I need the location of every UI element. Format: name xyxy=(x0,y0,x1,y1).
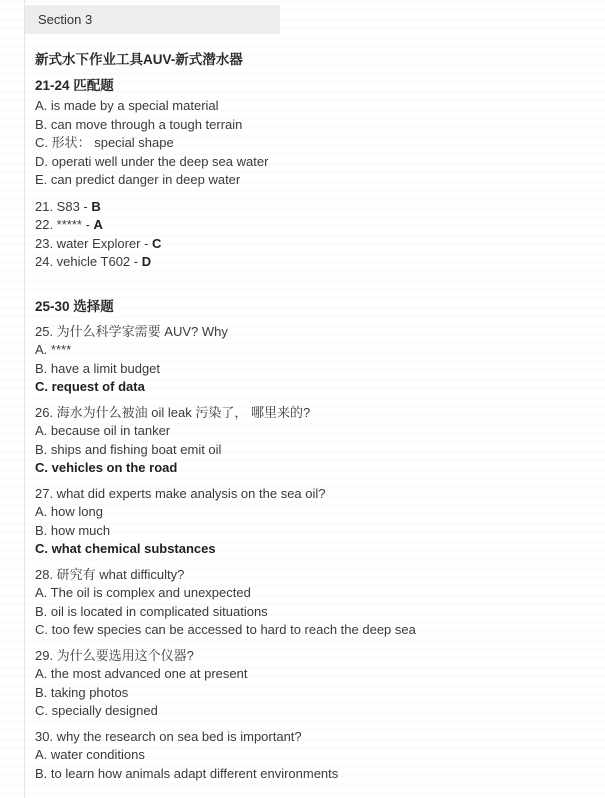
matching-heading: 21-24 匹配题 xyxy=(35,77,595,95)
matching-option: C. 形状： special shape xyxy=(35,134,595,153)
question-option: A. The oil is complex and unexpected xyxy=(35,584,595,603)
question-option: B. taking photos xyxy=(35,684,595,703)
answer-item: 22. ***** - xyxy=(35,217,94,232)
question-stem: 28. 研究有 what difficulty? xyxy=(35,566,595,585)
matching-option: D. operati well under the deep sea water xyxy=(35,153,595,172)
document-content: Section 3 新式水下作业工具AUV-新式潜水器 21-24 匹配题 A.… xyxy=(35,0,595,783)
question-block-29: 29. 为什么要选用这个仪器? A. the most advanced one… xyxy=(35,647,595,721)
matching-option: B. can move through a tough terrain xyxy=(35,116,595,135)
question-stem: 30. why the research on sea bed is impor… xyxy=(35,728,595,747)
answer-row: 22. ***** - A xyxy=(35,216,595,235)
question-option: B. how much xyxy=(35,522,595,541)
answer-letter: D xyxy=(142,254,151,269)
matching-answers-list: 21. S83 - B 22. ***** - A 23. water Expl… xyxy=(35,198,595,272)
question-option: B. to learn how animals adapt different … xyxy=(35,765,595,784)
question-block-26: 26. 海水为什么被油 oil leak 污染了， 哪里来的? A. becau… xyxy=(35,404,595,478)
answer-letter: B xyxy=(91,199,100,214)
question-stem: 25. 为什么科学家需要 AUV? Why xyxy=(35,323,595,342)
answer-row: 21. S83 - B xyxy=(35,198,595,217)
answer-item: 21. S83 - xyxy=(35,199,91,214)
question-stem: 26. 海水为什么被油 oil leak 污染了， 哪里来的? xyxy=(35,404,595,423)
document-title: 新式水下作业工具AUV-新式潜水器 xyxy=(35,50,595,69)
question-block-27: 27. what did experts make analysis on th… xyxy=(35,485,595,559)
question-option: A. because oil in tanker xyxy=(35,422,595,441)
question-block-25: 25. 为什么科学家需要 AUV? Why A. **** B. have a … xyxy=(35,323,595,397)
question-option: B. ships and fishing boat emit oil xyxy=(35,441,595,460)
answer-row: 23. water Explorer - C xyxy=(35,235,595,254)
question-option: B. have a limit budget xyxy=(35,360,595,379)
answer-letter: C xyxy=(152,236,161,251)
question-option: C. request of data xyxy=(35,378,595,397)
question-option: A. **** xyxy=(35,341,595,360)
matching-option: A. is made by a special material xyxy=(35,97,595,116)
question-option: B. oil is located in complicated situati… xyxy=(35,603,595,622)
question-block-28: 28. 研究有 what difficulty? A. The oil is c… xyxy=(35,566,595,640)
question-block-30: 30. why the research on sea bed is impor… xyxy=(35,728,595,784)
question-stem: 29. 为什么要选用这个仪器? xyxy=(35,647,595,666)
question-option: A. water conditions xyxy=(35,746,595,765)
question-stem: 27. what did experts make analysis on th… xyxy=(35,485,595,504)
question-option: C. what chemical substances xyxy=(35,540,595,559)
question-option: C. too few species can be accessed to ha… xyxy=(35,621,595,640)
matching-options-list: A. is made by a special material B. can … xyxy=(35,97,595,190)
question-option: A. the most advanced one at present xyxy=(35,665,595,684)
question-option: C. vehicles on the road xyxy=(35,459,595,478)
section-header: Section 3 xyxy=(25,5,280,34)
answer-letter: A xyxy=(94,217,103,232)
matching-option: E. can predict danger in deep water xyxy=(35,171,595,190)
answer-item: 24. vehicle T602 - xyxy=(35,254,142,269)
answer-row: 24. vehicle T602 - D xyxy=(35,253,595,272)
document-page: Section 3 新式水下作业工具AUV-新式潜水器 21-24 匹配题 A.… xyxy=(0,0,605,798)
section-header-label: Section 3 xyxy=(38,12,92,27)
question-option: A. how long xyxy=(35,503,595,522)
question-option: C. specially designed xyxy=(35,702,595,721)
table-border-line xyxy=(24,0,25,798)
answer-item: 23. water Explorer - xyxy=(35,236,152,251)
choice-heading: 25-30 选择题 xyxy=(35,298,595,316)
